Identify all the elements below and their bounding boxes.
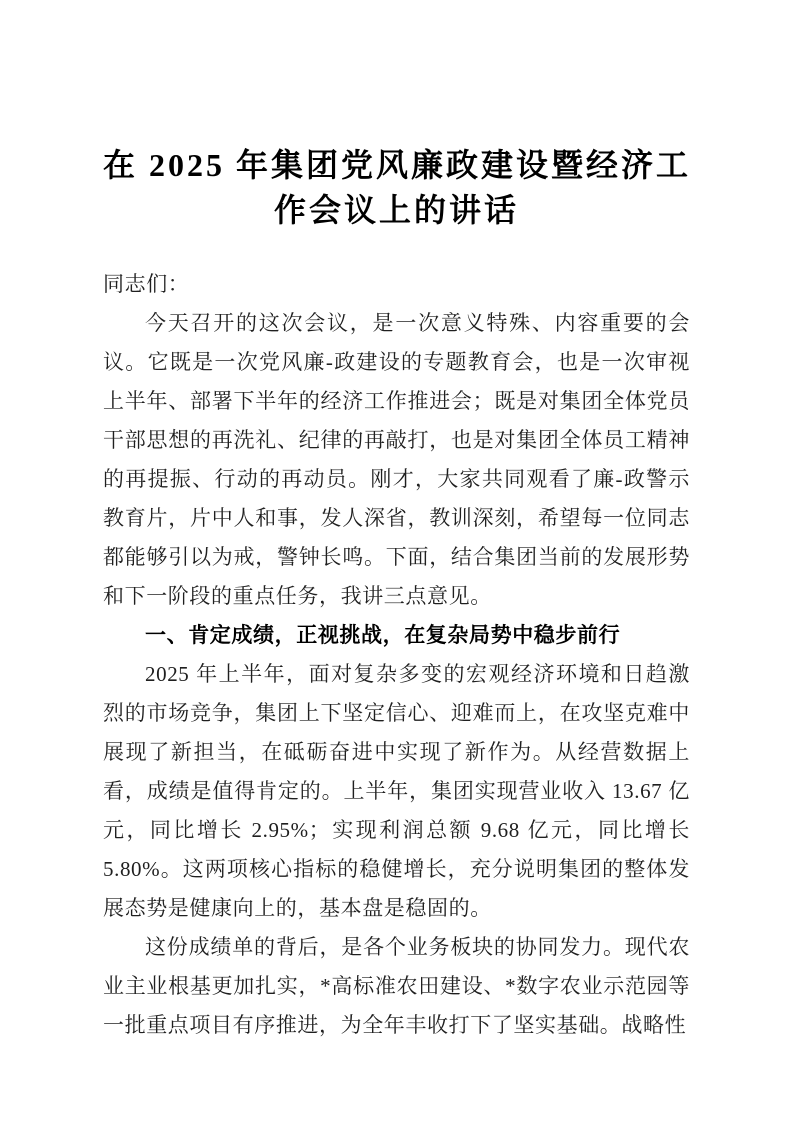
- salutation: 同志们：: [103, 265, 690, 304]
- document-title-line-2: 作会议上的讲话: [103, 188, 690, 233]
- document-title: 在 2025 年集团党风廉政建设暨经济工 作会议上的讲话: [103, 143, 690, 233]
- section-1-paragraph-1: 2025 年上半年，面对复杂多变的宏观经济环境和日趋激烈的市场竞争，集团上下坚定…: [103, 655, 690, 928]
- section-1-heading: 一、肯定成绩，正视挑战，在复杂局势中稳步前行: [103, 616, 690, 655]
- document-page: 在 2025 年集团党风廉政建设暨经济工 作会议上的讲话 同志们： 今天召开的这…: [0, 0, 793, 1122]
- document-title-line-1: 在 2025 年集团党风廉政建设暨经济工: [103, 143, 690, 188]
- section-1-paragraph-2: 这份成绩单的背后，是各个业务板块的协同发力。现代农业主业根基更加扎实，*高标准农…: [103, 928, 690, 1045]
- paragraph-intro: 今天召开的这次会议，是一次意义特殊、内容重要的会议。它既是一次党风廉-政建设的专…: [103, 304, 690, 616]
- document-body: 同志们： 今天召开的这次会议，是一次意义特殊、内容重要的会议。它既是一次党风廉-…: [103, 265, 690, 1045]
